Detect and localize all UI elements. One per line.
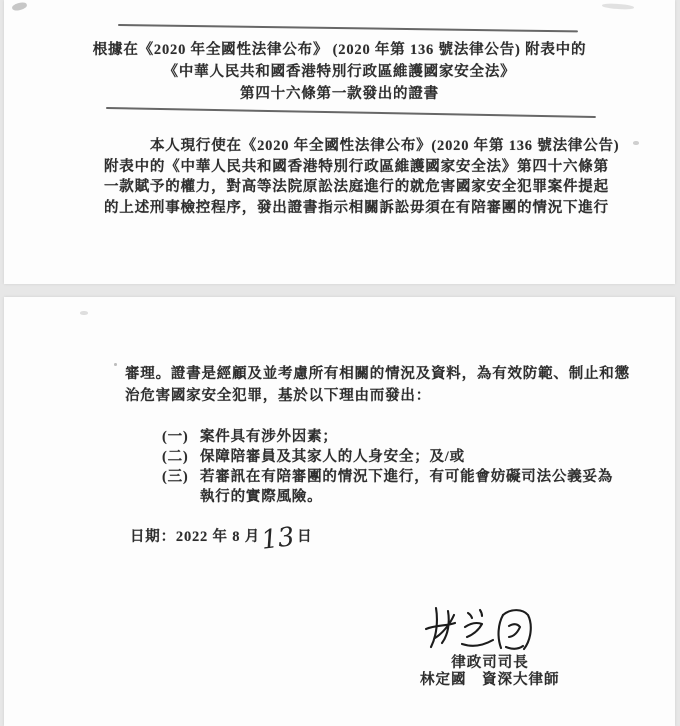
scan-speck xyxy=(114,363,117,366)
list-item-text: 若審訊在有陪審團的情況下進行，有可能會妨礙司法公義妥為 執行的實際風險。 xyxy=(200,467,613,507)
list-item-text-line-2: 執行的實際風險。 xyxy=(200,487,613,507)
scan-speck xyxy=(80,311,88,315)
handwritten-signature-icon xyxy=(421,602,539,654)
body-line-2: 附表中的《中華人民共和國香港特別行政區維護國家安全法》第四十六條第 xyxy=(104,157,619,178)
body-line-3: 一款賦予的權力，對高等法院原訟法庭進行的就危害國家安全犯罪案件提起 xyxy=(104,177,619,198)
handwritten-day-value: 13 xyxy=(260,526,296,552)
list-item-text: 保障陪審員及其家人的人身安全；及/或 xyxy=(200,447,465,467)
continuation-line-1: 審理。證書是經顧及並考慮所有相關的情況及資料，為有效防範、制止和懲 xyxy=(125,363,630,385)
scan-artifact-line-bottom xyxy=(106,107,596,118)
reasons-list: (一) 案件具有涉外因素； (二) 保障陪審員及其家人的人身安全；及/或 (三)… xyxy=(162,427,613,507)
list-item-text-line-1: 若審訊在有陪審團的情況下進行，有可能會妨礙司法公義妥為 xyxy=(200,467,613,487)
heading-line-1: 根據在《2020 年全國性法律公布》 (2020 年第 136 號法律公告) 附… xyxy=(4,39,675,61)
page-section-1: 根據在《2020 年全國性法律公布》 (2020 年第 136 號法律公告) 附… xyxy=(4,0,675,284)
continuation-line-2: 治危害國家安全犯罪，基於以下理由而發出： xyxy=(125,385,630,407)
list-item: (二) 保障陪審員及其家人的人身安全；及/或 xyxy=(162,447,613,467)
certificate-heading: 根據在《2020 年全國性法律公布》 (2020 年第 136 號法律公告) 附… xyxy=(4,39,675,105)
body-line-1: 本人現行使在《2020 年全國性法律公布》(2020 年第 136 號法律公告) xyxy=(104,136,619,157)
list-item: (三) 若審訊在有陪審團的情況下進行，有可能會妨礙司法公義妥為 執行的實際風險。 xyxy=(162,467,613,507)
scan-speck xyxy=(633,141,639,145)
list-item-marker: (三) xyxy=(162,467,200,507)
signoff-name: 林定國 資深大律師 xyxy=(420,668,560,689)
certificate-body-paragraph: 本人現行使在《2020 年全國性法律公布》(2020 年第 136 號法律公告)… xyxy=(104,136,619,218)
scan-artifact-line-top xyxy=(118,24,578,32)
heading-line-3: 第四十六條第一款發出的證書 xyxy=(4,83,675,105)
date-line: 日期：2022 年 8 月 13 日 xyxy=(130,525,312,547)
page-section-2: 審理。證書是經顧及並考慮所有相關的情況及資料，為有效防範、制止和懲 治危害國家安… xyxy=(4,297,675,726)
signature-block xyxy=(421,602,571,654)
heading-line-2: 《中華人民共和國香港特別行政區維護國家安全法》 xyxy=(4,61,675,83)
list-item-marker: (一) xyxy=(162,427,200,447)
body-line-4: 的上述刑事檢控程序，發出證書指示相關訴訟毋須在有陪審團的情況下進行 xyxy=(104,198,619,219)
scan-speck xyxy=(11,1,27,11)
continuation-paragraph: 審理。證書是經顧及並考慮所有相關的情況及資料，為有效防範、制止和懲 治危害國家安… xyxy=(125,363,630,407)
date-suffix: 日 xyxy=(297,527,312,547)
list-item: (一) 案件具有涉外因素； xyxy=(162,427,613,447)
date-prefix: 日期：2022 年 8 月 xyxy=(130,527,260,547)
list-item-text: 案件具有涉外因素； xyxy=(200,427,338,447)
scan-speck xyxy=(602,3,634,10)
list-item-marker: (二) xyxy=(162,447,200,467)
scanned-certificate-document: { "page1": { "heading_lines": [ "根據在《202… xyxy=(0,0,680,726)
